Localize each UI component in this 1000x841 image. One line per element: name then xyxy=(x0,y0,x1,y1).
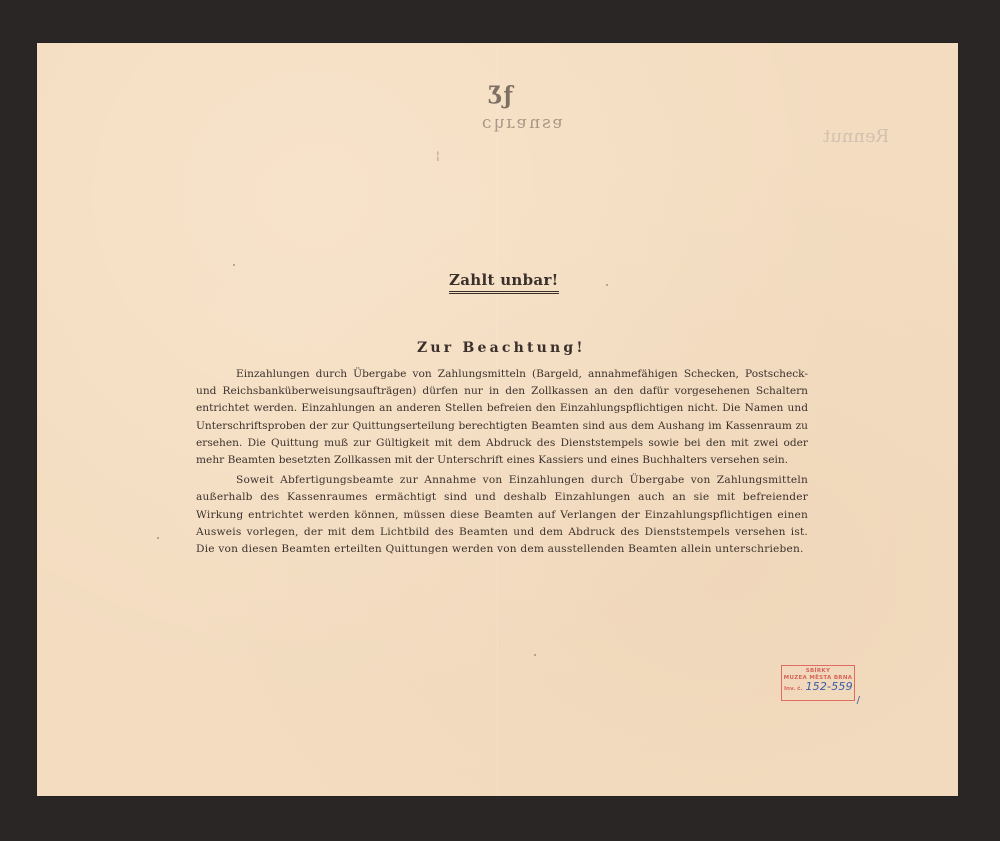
perforated-edge xyxy=(956,43,962,796)
notice-body: Einzahlungen durch Übergabe von Zahlungs… xyxy=(196,366,808,558)
paragraph-2: Soweit Abfertigungsbeamte zur Annahme vo… xyxy=(196,472,808,558)
handwritten-mark-top: Ʒƒ xyxy=(488,82,514,111)
paper-document: Ʒƒ ɐsnɐɹɥɔ ¦ Rennut Zahlt unbar! Zur Bea… xyxy=(37,43,958,796)
pen-mark: / xyxy=(857,697,860,704)
bleed-through-mark: ɐsnɐɹɥɔ xyxy=(480,113,563,133)
stamp-inventory-row: Inv. č. 152-559 xyxy=(782,683,854,693)
paper-speck xyxy=(157,537,159,539)
stamp-inventory-label: Inv. č. xyxy=(784,686,802,693)
paragraph-1: Einzahlungen durch Übergabe von Zahlungs… xyxy=(196,366,808,469)
museum-inventory-stamp: SBÍRKY MUZEA MĚSTA BRNA Inv. č. 152-559 … xyxy=(781,665,855,701)
paper-speck xyxy=(233,264,235,266)
paper-speck xyxy=(534,654,536,656)
tick-mark: ¦ xyxy=(436,149,440,162)
heading-zur-beachtung: Zur Beachtung! xyxy=(417,340,617,356)
paper-speck xyxy=(606,284,608,286)
stamp-inventory-number: 152-559 xyxy=(805,683,852,690)
bleed-through-text: Rennut xyxy=(823,126,889,147)
stamp-line-1: SBÍRKY xyxy=(782,668,854,675)
heading-zahlt-unbar: Zahlt unbar! xyxy=(449,271,559,294)
